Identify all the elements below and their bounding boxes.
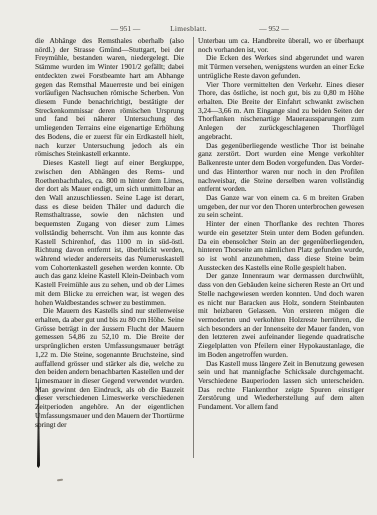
text-block: die Abhänge des Remsthales oberhalb (als… xyxy=(35,37,364,458)
paragraph: Vier Thore vermittelten den Verkehr. Ein… xyxy=(198,81,364,142)
page-header: Limesblatt. — 951 — — 952 — xyxy=(0,23,377,34)
paragraph: die Abhänge des Remsthales oberhalb (als… xyxy=(35,37,184,159)
paragraph: Dieses Kastell liegt auf einer Bergkuppe… xyxy=(35,159,184,307)
paragraph: Das gegenüberliegende westliche Thor ist… xyxy=(198,142,364,194)
scanned-page: Limesblatt. — 951 — — 952 — die Abhänge … xyxy=(0,0,377,515)
right-column: Unterbau um ca. Handbreite überall, wo e… xyxy=(198,37,364,412)
column-divider-rule xyxy=(193,37,194,458)
paragraph: Die Ecken des Werkes sind abgerundet und… xyxy=(198,54,364,80)
paragraph: Das Kastell muss längere Zeit in Benutzu… xyxy=(198,360,364,412)
ink-dash-artifact xyxy=(57,479,63,482)
column-number-left: — 951 — xyxy=(48,23,203,34)
paragraph: Hinter der einen Thorflanke des rechten … xyxy=(198,220,364,272)
paragraph: Die Mauern des Kastells sind nur stellen… xyxy=(35,307,184,429)
paragraph: Unterbau um ca. Handbreite überall, wo e… xyxy=(198,37,364,54)
paragraph: Das Ganze war von einem ca. 6 m breiten … xyxy=(198,194,364,220)
column-number-right: — 952 — xyxy=(198,23,350,34)
left-column: die Abhänge des Remsthales oberhalb (als… xyxy=(35,37,184,429)
paragraph: Der ganze Innenraum war dermassen durchw… xyxy=(198,272,364,359)
